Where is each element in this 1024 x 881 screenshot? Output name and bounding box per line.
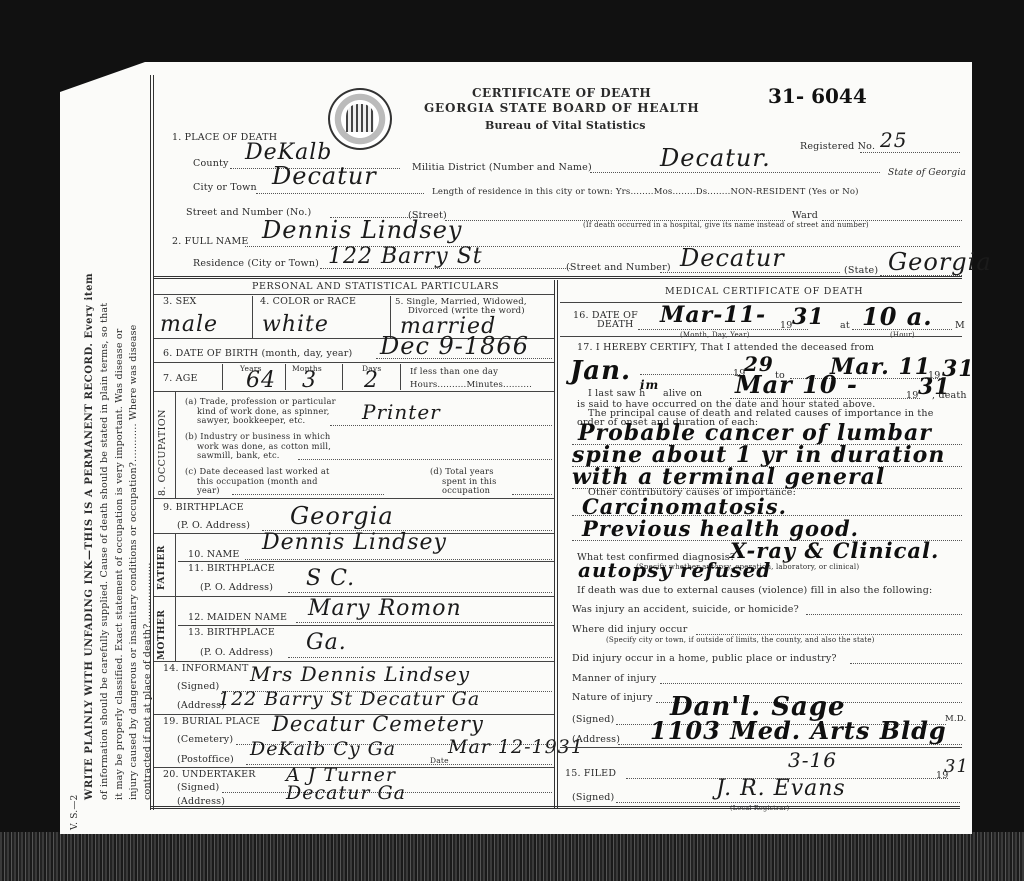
color-value: white (262, 312, 329, 337)
divider (178, 561, 554, 562)
home-label: Did injury occur in a home, public place… (572, 653, 837, 664)
mother-side-label: MOTHER (157, 610, 167, 660)
divider (342, 364, 343, 390)
occupation-b-label: (b) Industry or business in which work w… (185, 432, 331, 461)
dod-value: Mar-11- (660, 302, 766, 328)
months-value: 3 (302, 368, 317, 393)
cemetery-label: (Cemetery) (177, 734, 233, 745)
postoffice-label: (Postoffice) (177, 754, 234, 765)
physician-address-label: (Address) (572, 734, 620, 745)
full-name-label: 2. FULL NAME (172, 236, 249, 247)
father-birthplace-label: 11. BIRTHPLACE (188, 563, 275, 574)
street-and-number-value: Decatur (680, 244, 785, 272)
informant-value: Mrs Dennis Lindsey (250, 662, 470, 686)
occupation-c-label: (c) Date deceased last worked at this oc… (185, 467, 330, 496)
physician-address-value: 1103 Med. Arts Bldg (650, 716, 947, 745)
father-birthplace-line (288, 592, 552, 593)
divider (175, 597, 176, 661)
divider (178, 625, 554, 626)
father-name-line (245, 559, 552, 560)
occupation-a-value: Printer (362, 400, 441, 424)
divider (252, 296, 253, 338)
undertaker-signed-label: (Signed) (177, 782, 219, 793)
bureau-name: Bureau of Vital Statistics (485, 119, 646, 132)
mother-po-label: (P. O. Address) (200, 647, 273, 658)
mother-name-value: Mary Romon (308, 596, 462, 621)
state-of-georgia-label: State of Georgia (888, 168, 966, 178)
father-birthplace-value: S C. (306, 566, 355, 591)
md-label: M.D. (945, 714, 966, 724)
registered-no-line (860, 152, 960, 153)
sex-label: 3. SEX (163, 296, 197, 307)
occupation-c-line (232, 494, 384, 495)
residence-length-label: Length of residence in this city or town… (432, 187, 859, 197)
filed-year: 31 (944, 756, 969, 777)
undertaker-address-value: Decatur Ga (286, 782, 406, 804)
accident-label: Was injury an accident, suicide, or homi… (572, 604, 799, 615)
city-line (256, 193, 424, 194)
divider (400, 364, 401, 390)
hour-value: 10 a. (862, 302, 933, 331)
form-left-border (150, 75, 154, 810)
informant-label: 14. INFORMANT (163, 663, 249, 674)
margin-instruction-2: of information should be carefully suppl… (99, 303, 110, 800)
occupation-a-line (330, 425, 552, 426)
father-po-label: (P. O. Address) (200, 582, 273, 593)
home-line (850, 663, 962, 664)
birthplace-po-label: (P. O. Address) (177, 520, 250, 531)
divider (154, 294, 554, 295)
filed-date: 3-16 (788, 748, 837, 772)
test-value-2: autopsy refused (578, 558, 771, 582)
personal-section-title: PERSONAL AND STATISTICAL PARTICULARS (252, 281, 499, 292)
birthplace-label: 9. BIRTHPLACE (163, 502, 244, 513)
county-label: County (193, 158, 229, 169)
accident-line (806, 614, 962, 615)
divider (154, 362, 554, 363)
cemetery-value: Decatur Cemetery (272, 712, 484, 736)
attended-from-line (640, 374, 740, 375)
occupation-d-line3: occupation (430, 486, 497, 496)
state-label: (State) (844, 265, 878, 276)
certificate-number: 31- 6044 (768, 84, 867, 108)
registrar-value: J. R. Evans (716, 776, 846, 801)
city-value: Decatur (272, 162, 377, 190)
full-name-value: Dennis Lindsey (262, 216, 463, 244)
mother-birthplace-line (288, 657, 552, 658)
residence-label: Residence (City or Town) (193, 258, 319, 269)
divider (285, 364, 286, 390)
scan-background-texture (0, 832, 1024, 881)
city-label: City or Town (193, 182, 257, 193)
registered-no-value: 25 (880, 128, 907, 152)
burial-date-label: Date (430, 756, 449, 765)
dod-year: 31 (792, 304, 825, 330)
divider (175, 392, 176, 498)
mother-birthplace-label: 13. BIRTHPLACE (188, 627, 275, 638)
occupation-side-label: 8. OCCUPATION (157, 409, 168, 496)
divider (560, 747, 962, 748)
month-day-year-note: (Month, Day, Year) (680, 331, 750, 339)
certificate-title: CERTIFICATE OF DEATH (472, 86, 651, 100)
occupation-a-line3: sawyer, bookkeeper, etc. (185, 416, 336, 426)
hours-minutes-label: Hours..........Minutes.......... (410, 380, 532, 390)
last-saw-year-prefix: 19 (906, 390, 919, 401)
registrar-signed-label: (Signed) (572, 792, 614, 803)
physician-signed-label: (Signed) (572, 714, 614, 725)
occupation-d-label: (d) Total years spent in this occupation (430, 467, 497, 496)
where-note: (Specify city or town, if outside of lim… (606, 636, 875, 644)
state-value: Georgia (888, 248, 992, 276)
divider (154, 498, 554, 499)
dob-label: 6. DATE OF BIRTH (month, day, year) (163, 348, 352, 359)
last-saw-date: Mar 10 - (735, 370, 858, 399)
father-side-label: FATHER (157, 545, 167, 590)
board-name: GEORGIA STATE BOARD OF HEALTH (424, 101, 700, 115)
margin-instruction-1: WRITE PLAINLY WITH UNFADING INK—THIS IS … (84, 273, 95, 800)
divider (175, 534, 176, 596)
external-causes-label: If death was due to external causes (vio… (577, 585, 932, 596)
occupation-a-label: (a) Trade, profession or particular kind… (185, 397, 336, 426)
manner-line (660, 683, 962, 684)
dod-label: DEATH (597, 319, 634, 330)
last-saw-pronoun: im (640, 378, 659, 392)
hospital-note: (If death occurred in a hospital, give i… (583, 221, 869, 229)
where-label: Where did injury occur (572, 624, 687, 635)
nature-label: Nature of injury (572, 692, 653, 703)
margin-instruction-3: it may be properly classified. Exact sta… (114, 328, 125, 800)
mother-birthplace-value: Ga. (306, 630, 347, 655)
form-id: V. S.—2 (70, 795, 80, 830)
registrar-note: (Local Registrar) (730, 804, 789, 812)
militia-value: Decatur. (660, 144, 771, 172)
where-line (696, 634, 962, 635)
column-divider (554, 280, 558, 808)
death-label: , death (932, 390, 967, 401)
informant-signed-label: (Signed) (177, 681, 219, 692)
alive-on-label: alive on (663, 388, 702, 399)
divider (154, 391, 554, 392)
mother-name-label: 12. MAIDEN NAME (188, 612, 287, 623)
informant-address-value: 122 Barry St Decatur Ga (218, 688, 480, 710)
militia-label: Militia District (Number and Name) (412, 162, 592, 173)
section-divider (154, 276, 962, 279)
at-label: at (840, 320, 850, 331)
less-than-day-label: If less than one day (410, 367, 498, 377)
hour-note: (Hour) (890, 331, 915, 339)
divider (560, 336, 962, 337)
undertaker-label: 20. UNDERTAKER (163, 769, 256, 780)
manner-label: Manner of injury (572, 673, 656, 684)
undertaker-address-label: (Address) (177, 796, 225, 807)
divider (222, 364, 223, 390)
days-value: 2 (364, 368, 379, 393)
certify-label: 17. I HEREBY CERTIFY, That I attended th… (577, 342, 874, 353)
medical-section-title: MEDICAL CERTIFICATE OF DEATH (665, 286, 863, 297)
m-label: M (955, 320, 965, 331)
postoffice-value: DeKalb Cy Ga (250, 738, 396, 760)
age-label: 7. AGE (163, 373, 198, 384)
state-of-georgia-seal-icon (328, 88, 392, 150)
father-name-label: 10. NAME (188, 549, 240, 560)
burial-label: 19. BURIAL PLACE (163, 716, 260, 727)
birthplace-value: Georgia (290, 502, 394, 530)
dod-year-prefix: 19 (780, 320, 793, 331)
father-name-value: Dennis Lindsey (262, 530, 447, 555)
margin-instruction-4: injury caused by dangerous or insanitary… (128, 325, 139, 800)
occupation-b-line (298, 459, 552, 460)
occupation-d-line (512, 494, 552, 495)
color-label: 4. COLOR or RACE (260, 296, 356, 307)
registrar-signed-line (616, 802, 960, 803)
street-and-number-line (660, 272, 840, 273)
mother-name-line (296, 622, 552, 623)
militia-line (590, 172, 880, 173)
last-saw-label: I last saw h (588, 388, 645, 399)
sex-value: male (160, 312, 218, 337)
dob-value: Dec 9-1866 (380, 332, 529, 360)
residence-value: 122 Barry St (328, 244, 483, 269)
ward-label: Ward (792, 210, 818, 221)
registered-no-label: Registered No. (800, 141, 875, 152)
attended-from-value: Jan. (570, 356, 631, 386)
street-and-number-label: (Street and Number) (566, 262, 671, 273)
years-value: 64 (246, 368, 276, 393)
filed-label: 15. FILED (565, 768, 616, 779)
